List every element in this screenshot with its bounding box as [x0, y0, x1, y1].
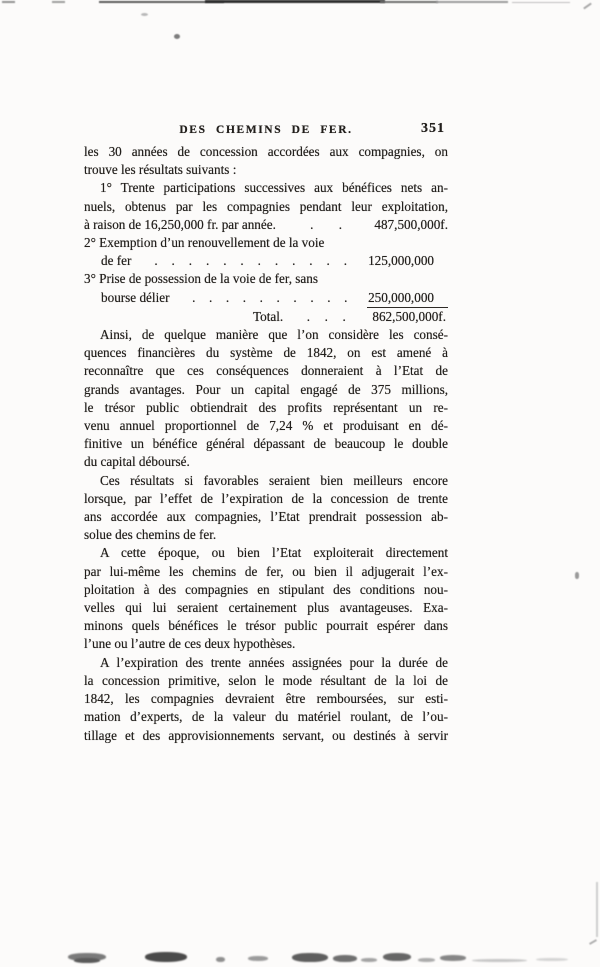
line-text: A l’expiration des trente années assigné…	[100, 655, 448, 670]
scan-speck	[589, 939, 597, 945]
scan-smudge	[472, 959, 527, 962]
scan-smudge	[440, 955, 466, 961]
scan-smudge	[216, 957, 225, 962]
line-text: venu annuel proportionnel de 7,24 % et p…	[84, 418, 448, 433]
line-text: minons quels bénéfices le trésor public …	[84, 618, 448, 633]
line-text: grands avantages. Pour un capital engagé…	[84, 382, 448, 397]
scan-smudge	[145, 952, 187, 962]
text-line: bourse délier..........250,000,000	[84, 289, 448, 307]
text-line: l’une ou l’autre de ces deux hypothèses.	[84, 635, 448, 653]
scan-smudge	[74, 958, 100, 963]
scan-smudge	[383, 953, 411, 961]
line-text: reconnaître que ces conséquences donnera…	[84, 363, 448, 378]
line-text: 3° Prise de possession de la voie de fer…	[84, 271, 318, 286]
leader-amount: 487,500,000f.	[374, 216, 448, 234]
text-line: le trésor public obtiendrait des profits…	[84, 399, 448, 417]
text-line: de fer............125,000,000	[84, 252, 448, 270]
text-line: Ainsi, de quelque manière que l’on consi…	[84, 326, 448, 344]
text-line: 3° Prise de possession de la voie de fer…	[84, 270, 448, 288]
scan-edge-mark	[436, 1, 508, 2]
line-text: trouve les résultats suivants :	[84, 162, 236, 177]
text-line: quences financières du système de 1842, …	[84, 344, 448, 362]
text-line: ans accordée aux compagnies, l’Etat pren…	[84, 508, 448, 526]
scan-edge-mark	[583, 3, 592, 10]
text-line: les 30 années de concession accordées au…	[84, 143, 448, 161]
text-line: à raison de 16,250,000 fr. par année...4…	[84, 216, 448, 234]
line-text: mation d’experts, de la valeur du matéri…	[84, 709, 448, 724]
leader-amount: 862,500,000f.	[367, 307, 448, 326]
line-text: solue des chemins de fer.	[84, 527, 216, 542]
scanned-book-page: DES CHEMINS DE FER. 351 les 30 années de…	[0, 0, 600, 967]
leader-label: Total.	[253, 308, 283, 326]
text-line: minons quels bénéfices le trésor public …	[84, 617, 448, 635]
line-text: du capital déboursé.	[84, 454, 190, 469]
text-line: solue des chemins de fer.	[84, 526, 448, 544]
leader-amount: 125,000,000	[368, 252, 434, 270]
text-line: finitive un bénéfice général dépassant d…	[84, 435, 448, 453]
scan-smudge	[361, 958, 377, 962]
text-line: reconnaître que ces conséquences donnera…	[84, 362, 448, 380]
leader-amount: 250,000,000	[368, 289, 434, 307]
scan-smudge	[333, 955, 357, 962]
text-block: les 30 années de concession accordées au…	[84, 143, 448, 745]
page-number: 351	[398, 121, 445, 137]
line-text: velles qui lui seraient certainement plu…	[84, 600, 448, 615]
dot-leader: ............	[131, 252, 368, 270]
text-line: ploitation à des compagnies en stipulant…	[84, 581, 448, 599]
text-line: du capital déboursé.	[84, 453, 448, 471]
text-line: grands avantages. Pour un capital engagé…	[84, 381, 448, 399]
line-text: quences financières du système de 1842, …	[84, 345, 448, 360]
text-line: A cette époque, ou bien l’Etat exploiter…	[84, 544, 448, 562]
text-line: velles qui lui seraient certainement plu…	[84, 599, 448, 617]
dot-leader: ..........	[169, 289, 368, 307]
scan-speck	[141, 13, 148, 16]
scan-edge-mark	[596, 882, 598, 937]
line-text: tillage et des approvisionnements servan…	[84, 728, 448, 743]
scan-smudge	[418, 958, 435, 962]
text-line: venu annuel proportionnel de 7,24 % et p…	[84, 417, 448, 435]
text-line: A l’expiration des trente années assigné…	[84, 654, 448, 672]
text-line: par lui-même les chemins de fer, ou bien…	[84, 563, 448, 581]
text-line: 1° Trente participations successives aux…	[84, 179, 448, 197]
line-text: ploitation à des compagnies en stipulant…	[84, 582, 448, 597]
text-line: tillage et des approvisionnements servan…	[84, 727, 448, 745]
line-text: l’une ou l’autre de ces deux hypothèses.	[84, 636, 295, 651]
scan-smudge	[536, 958, 568, 961]
dot-leader: ...	[283, 308, 367, 326]
line-text: A cette époque, ou bien l’Etat exploiter…	[100, 545, 448, 560]
scan-edge-mark	[512, 2, 570, 3]
line-text: Ces résultats si favorables seraient bie…	[100, 473, 448, 488]
line-text: ans accordée aux compagnies, l’Etat pren…	[84, 509, 448, 524]
text-line: 1842, les compagnies devraient être remb…	[84, 690, 448, 708]
line-text: la concession primitive, selon le mode r…	[84, 673, 448, 688]
running-title: DES CHEMINS DE FER.	[84, 124, 448, 136]
line-text: nuels, obtenus par les compagnies pendan…	[84, 199, 448, 214]
leader-label: bourse délier	[101, 289, 169, 307]
line-text: par lui-même les chemins de fer, ou bien…	[84, 564, 448, 579]
text-line: nuels, obtenus par les compagnies pendan…	[84, 198, 448, 216]
scan-smudge	[248, 956, 268, 961]
text-line: mation d’experts, de la valeur du matéri…	[84, 708, 448, 726]
line-text: lorsque, par l’effet de l’expiration de …	[84, 491, 448, 506]
scan-edge-mark	[2, 1, 15, 3]
text-line: 2° Exemption d’un renouvellement de la v…	[84, 234, 448, 252]
line-text: Ainsi, de quelque manière que l’on consi…	[100, 327, 448, 342]
scan-edge-mark	[380, 1, 438, 3]
text-line: Ces résultats si favorables seraient bie…	[84, 472, 448, 490]
text-line: lorsque, par l’effet de l’expiration de …	[84, 490, 448, 508]
leader-label: de fer	[101, 252, 131, 270]
line-text: 1° Trente participations successives aux…	[100, 180, 448, 195]
line-text: 2° Exemption d’un renouvellement de la v…	[84, 235, 324, 250]
scan-speck	[575, 572, 579, 579]
line-text: 1842, les compagnies devraient être remb…	[84, 691, 448, 706]
text-line: la concession primitive, selon le mode r…	[84, 672, 448, 690]
scan-speck	[174, 34, 180, 39]
line-text: les 30 années de concession accordées au…	[84, 144, 448, 159]
scan-edge-mark	[52, 1, 65, 3]
line-text: le trésor public obtiendrait des profits…	[84, 400, 448, 415]
line-text: finitive un bénéfice général dépassant d…	[84, 436, 448, 451]
text-line: trouve les résultats suivants :	[84, 161, 448, 179]
text-line: Total....862,500,000f.	[84, 307, 448, 326]
dot-leader: ..	[276, 216, 374, 234]
scan-edge-mark	[205, 0, 385, 3]
leader-label: à raison de 16,250,000 fr. par année.	[84, 216, 276, 234]
scan-smudge	[292, 953, 328, 962]
